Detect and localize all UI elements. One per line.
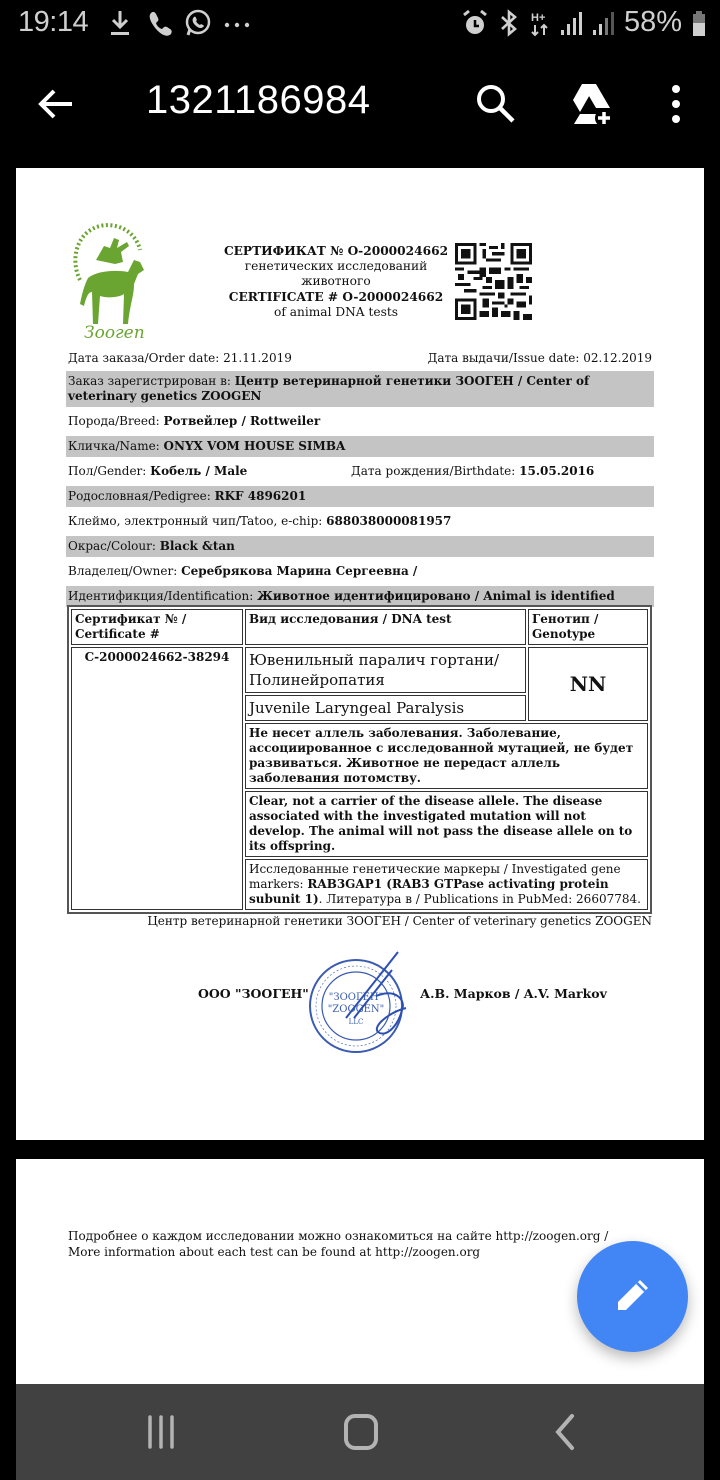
document-page-1[interactable]: Зоогеn СЕРТИФИКАТ № О-2000024662 генетич… xyxy=(16,168,704,1140)
header-dna-test: Вид исследования / DNA test xyxy=(245,609,526,645)
identification-row: Идентификция/Identification: Животное ид… xyxy=(66,586,654,607)
genotype-value: NN xyxy=(528,647,648,721)
test-name-ru: Ювенильный паралич гортани/Полинейропати… xyxy=(245,647,526,693)
zoogen-logo: Зоогеn xyxy=(66,220,148,344)
recent-apps-icon[interactable] xyxy=(142,1412,182,1452)
home-icon[interactable] xyxy=(342,1412,382,1452)
bluetooth-icon xyxy=(498,8,520,38)
official-stamp: "ЗООГЕН" "ZOOGEN" LLC xyxy=(306,948,418,1058)
order-date: Дата заказа/Order date: 21.11.2019 xyxy=(68,351,292,365)
app-bar: 1321186984 xyxy=(0,48,720,160)
signer-name: А.В. Марков / A.V. Markov xyxy=(420,986,607,1001)
signature-block: ООО "ЗООГЕН" "ЗООГЕН" "ZOOGEN" LLC А.В. … xyxy=(16,948,704,1058)
cert-subtitle-ru-1: генетических исследований xyxy=(216,259,456,274)
owner-row: Владелец/Owner: Серебрякова Марина Серге… xyxy=(66,561,654,582)
test-name-en: Juvenile Laryngeal Paralysis xyxy=(245,695,526,721)
cert-subtitle-en: of animal DNA tests xyxy=(216,305,456,320)
colour-row: Окрас/Colour: Black &tan xyxy=(66,536,654,557)
header-genotype: Генотип / Genotype xyxy=(528,609,648,645)
breed-row: Порода/Breed: Ротвейлер / Rottweiler xyxy=(66,411,654,432)
status-time: 19:14 xyxy=(18,6,88,39)
cert-subtitle-ru-2: животного xyxy=(216,274,456,289)
cert-title-en: CERTIFICATE # O-2000024662 xyxy=(216,290,456,305)
nav-back-icon[interactable] xyxy=(546,1412,586,1452)
certificate-header: СЕРТИФИКАТ № О-2000024662 генетических и… xyxy=(216,244,456,320)
system-nav-bar xyxy=(16,1384,704,1480)
registered-at-row: Заказ зарегистрирован в: Центр ветеринар… xyxy=(66,371,654,407)
issue-date: Дата выдачи/Issue date: 02.12.2019 xyxy=(428,351,652,365)
download-icon xyxy=(108,8,134,38)
dna-test-table: Сертификат № / Certificate # Вид исследо… xyxy=(67,605,652,914)
cert-title-ru: СЕРТИФИКАТ № О-2000024662 xyxy=(216,244,456,259)
status-bar: 19:14 H+ 58% xyxy=(0,0,720,48)
whatsapp-icon xyxy=(184,8,210,38)
alarm-icon xyxy=(462,8,488,38)
more-info-text: Подробнее о каждом исследовании можно оз… xyxy=(68,1229,628,1260)
back-arrow-icon[interactable] xyxy=(36,84,76,124)
qr-code xyxy=(455,243,532,320)
gender-birthdate-row: Пол/Gender: Кобель / Male Дата рождения/… xyxy=(66,461,654,482)
edit-pencil-icon xyxy=(610,1274,655,1319)
table-header-row: Сертификат № / Certificate # Вид исследо… xyxy=(71,609,648,645)
certificate-number: C-2000024662-38294 xyxy=(71,647,243,910)
gender: Пол/Gender: Кобель / Male xyxy=(68,464,351,479)
signal-icon-2 xyxy=(592,8,614,38)
organization-name: ООО "ЗООГЕН" xyxy=(198,986,309,1001)
more-notifications-icon xyxy=(222,8,252,38)
result-ru: Не несет аллель заболевания. Заболевание… xyxy=(245,723,648,789)
svg-text:"ЗООГЕН": "ЗООГЕН" xyxy=(329,992,383,1003)
header-certificate: Сертификат № / Certificate # xyxy=(71,609,243,645)
document-title: 1321186984 xyxy=(146,78,371,123)
add-to-drive-icon[interactable] xyxy=(566,82,616,128)
battery-icon xyxy=(692,8,706,38)
result-en: Clear, not a carrier of the disease alle… xyxy=(245,791,648,857)
issuing-center: Центр ветеринарной генетики ЗООГЕН / Cen… xyxy=(66,914,652,928)
svg-text:Зоогеn: Зоогеn xyxy=(84,323,145,343)
battery-percent: 58% xyxy=(624,6,682,39)
birthdate: Дата рождения/Birthdate: 15.05.2016 xyxy=(351,464,594,479)
svg-text:LLC: LLC xyxy=(349,1018,364,1026)
pedigree-row: Родословная/Pedigree: RKF 4896201 xyxy=(66,486,654,507)
edit-fab-button[interactable] xyxy=(577,1241,688,1352)
animal-info: Заказ зарегистрирован в: Центр ветеринар… xyxy=(66,371,654,611)
dates-row: Дата заказа/Order date: 21.11.2019 Дата … xyxy=(68,351,652,365)
chip-row: Клеймо, электронный чип/Tatoo, e-chip: 6… xyxy=(66,511,654,532)
phone-icon xyxy=(146,8,172,38)
svg-text:H+: H+ xyxy=(531,12,545,24)
signal-icon xyxy=(560,8,582,38)
table-row: C-2000024662-38294 Ювенильный паралич го… xyxy=(71,647,648,693)
more-options-icon[interactable] xyxy=(664,82,688,126)
hplus-data-icon: H+ xyxy=(530,8,550,38)
name-row: Кличка/Name: ONYX VOM HOUSE SIMBA xyxy=(66,436,654,457)
gene-markers: Исследованные генетические маркеры / Inv… xyxy=(245,859,648,910)
search-icon[interactable] xyxy=(474,82,518,126)
